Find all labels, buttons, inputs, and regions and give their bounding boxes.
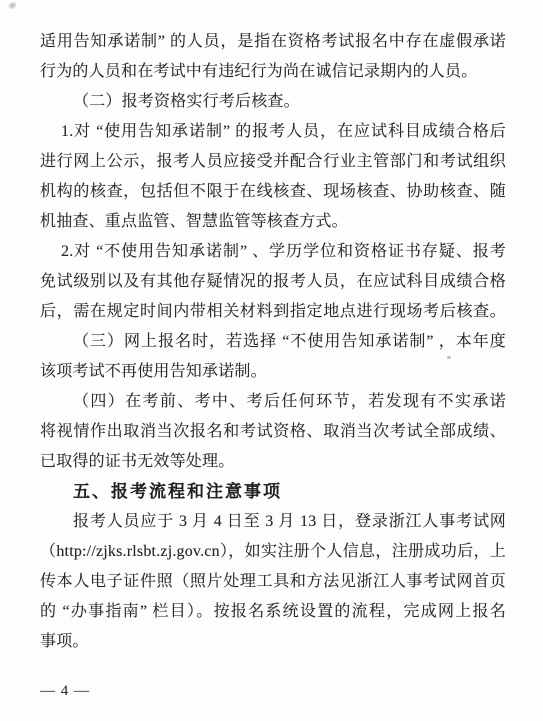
text-line: 将视情作出取消当次报名和考试资格、取消当次考试全部成绩、: [40, 417, 506, 447]
text-line: 事项。: [40, 627, 506, 657]
text-line: 报考人员应于 3 月 4 日至 3 月 13 日，登录浙江人事考试网: [40, 507, 506, 537]
text-line: （四）在考前、考中、考后任何环节，若发现有不实承诺的，: [40, 387, 506, 417]
section-heading: 五、报考流程和注意事项: [40, 477, 506, 507]
text-line: 该项考试不再使用告知承诺制。: [40, 357, 506, 387]
text-line: 已取得的证书无效等处理。: [40, 447, 506, 477]
text-line: 机抽查、重点监管、智慧监管等核查方式。: [40, 207, 506, 237]
text-line: 免试级别以及有其他存疑情况的报考人员，在应试科目成绩合格: [40, 267, 506, 297]
text-line: 适用告知承诺制” 的人员，是指在资格考试报名中存在虚假承诺: [40, 27, 506, 57]
text-line: 后，需在规定时间内带相关材料到指定地点进行现场考后核查。: [40, 297, 506, 327]
text-line: 2.对 “不使用告知承诺制” 、学历学位和资格证书存疑、报考: [40, 237, 506, 267]
document-page: 适用告知承诺制” 的人员，是指在资格考试报名中存在虚假承诺行为的人员和在考试中有…: [0, 0, 543, 721]
text-line: （二）报考资格实行考后核查。: [40, 87, 506, 117]
text-line: 1.对 “使用告知承诺制” 的报考人员，在应试科目成绩合格后: [40, 117, 506, 147]
scan-artifact: [7, 0, 18, 11]
text-line: 传本人电子证件照（照片处理工具和方法见浙江人事考试网首页: [40, 567, 506, 597]
text-line: （三）网上报名时，若选择 “不使用告知承诺制” ，本年度: [40, 327, 506, 357]
text-line: （http://zjks.rlsbt.zj.gov.cn），如实注册个人信息，注…: [40, 537, 506, 567]
document-body: 适用告知承诺制” 的人员，是指在资格考试报名中存在虚假承诺行为的人员和在考试中有…: [40, 27, 506, 657]
text-line: 机构的核查，包括但不限于在线核查、现场核查、协助核查、随: [40, 177, 506, 207]
text-line: 的 “办事指南” 栏目）。按报名系统设置的流程，完成网上报名: [40, 597, 506, 627]
text-line: 行为的人员和在考试中有违纪行为尚在诚信记录期内的人员。: [40, 57, 506, 87]
text-line: 进行网上公示，报考人员应接受并配合行业主管部门和考试组织: [40, 147, 506, 177]
page-number: — 4 —: [40, 683, 90, 700]
